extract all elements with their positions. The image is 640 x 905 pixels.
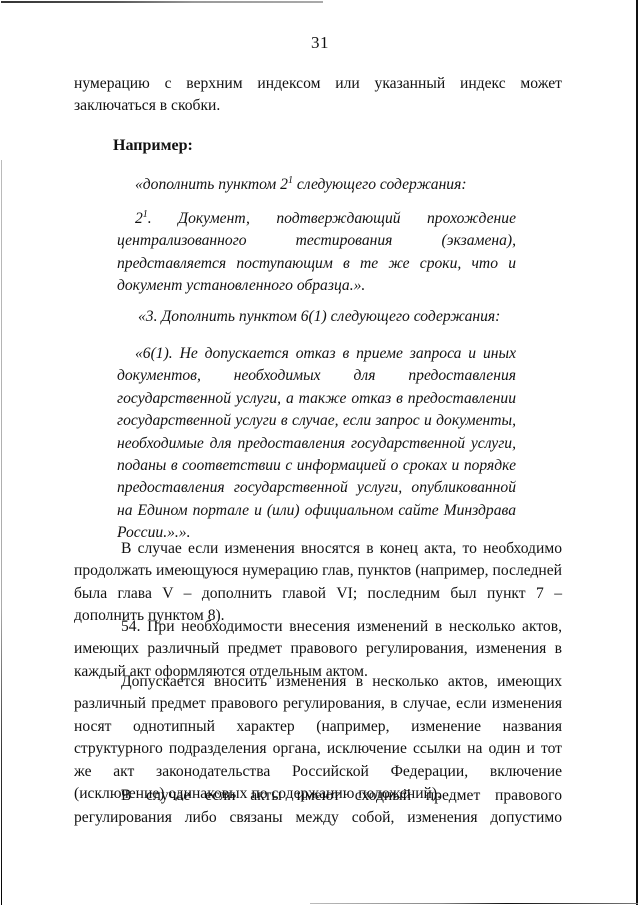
scan-border-right bbox=[636, 0, 638, 905]
scan-border-top bbox=[1, 1, 323, 3]
quote-1-intro-suffix: следующего содержания: bbox=[293, 176, 467, 193]
intro-paragraph: нумерацию с верхним индексом или указанн… bbox=[74, 73, 562, 118]
page-number: 31 bbox=[0, 33, 640, 53]
quote-1-intro-prefix: «дополнить пунктом 2 bbox=[135, 176, 288, 193]
example-heading: Например: bbox=[113, 137, 193, 155]
quote-2-intro: «3. Дополнить пунктом 6(1) следующего со… bbox=[138, 306, 558, 328]
scan-border-left bbox=[1, 160, 2, 905]
paragraph-similar-subject: В случае если акты имеют сходный предмет… bbox=[74, 785, 562, 830]
quote-1-intro: «дополнить пунктом 21 следующего содержа… bbox=[135, 174, 555, 196]
scan-border-bottom bbox=[310, 903, 638, 904]
paragraph-end-of-act: В случае если изменения вносятся в конец… bbox=[74, 538, 562, 628]
quote-1-item-text: . Документ, подтверждающий прохождение ц… bbox=[117, 210, 516, 294]
quote-1-item-number: 2 bbox=[135, 210, 143, 227]
quote-1-block: 21. Документ, подтверждающий прохождение… bbox=[117, 208, 516, 298]
quote-2-block: «6(1). Не допускается отказ в приеме зап… bbox=[117, 343, 516, 545]
